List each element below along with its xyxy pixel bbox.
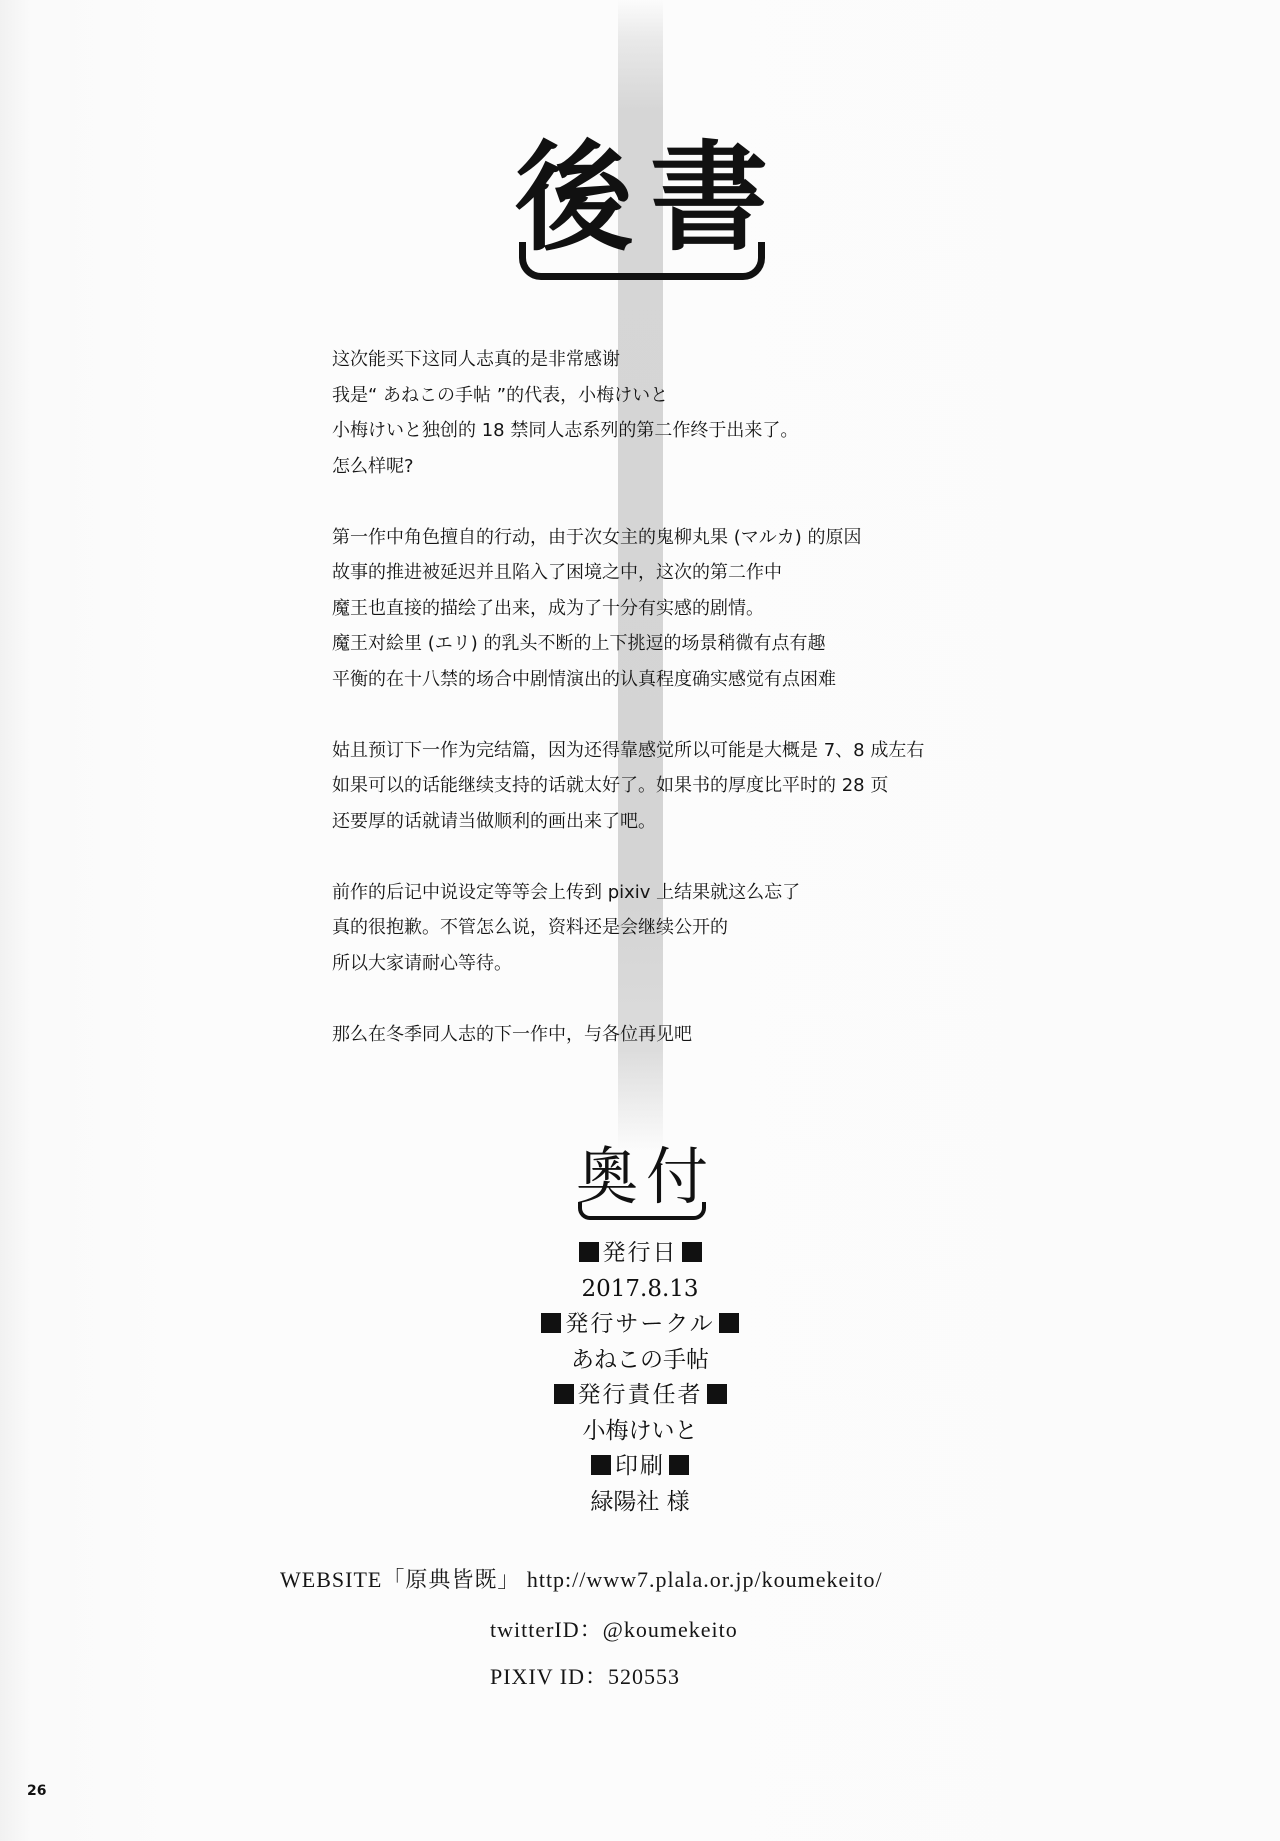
black-square-icon [719, 1313, 739, 1333]
black-square-icon [669, 1455, 689, 1475]
text-line: 小梅けいと独创的 18 禁同人志系列的第二作终于出来了。 [332, 413, 1052, 449]
seal-base-frame [578, 1202, 706, 1220]
black-square-icon [707, 1384, 727, 1404]
seal-base-frame [519, 242, 765, 280]
afterword-body: 这次能买下这同人志真的是非常感谢 我是“ あねこの手帖 ”的代表，小梅けいと 小… [332, 342, 1052, 1088]
colophon-heading-publisher: 発行責任者 [440, 1378, 840, 1414]
website-url[interactable]: http://www7.plala.or.jp/koumekeito/ [527, 1567, 883, 1592]
page-number: 26 [27, 1783, 46, 1799]
paragraph-3: 姑且预订下一作为完结篇，因为还得靠感觉所以可能是大概是 7、8 成左右 如果可以… [332, 733, 1052, 840]
text-line: 所以大家请耐心等待。 [332, 946, 1052, 982]
black-square-icon [541, 1313, 561, 1333]
text-line: 真的很抱歉。不管怎么说，资料还是会继续公开的 [332, 910, 1052, 946]
text-line: 这次能买下这同人志真的是非常感谢 [332, 342, 1052, 378]
paragraph-5: 那么在冬季同人志的下一作中，与各位再见吧 [332, 1017, 1052, 1053]
colophon-heading-circle: 発行サークル [440, 1307, 840, 1343]
text-line: 还要厚的话就请当做顺利的画出来了吧。 [332, 804, 1052, 840]
pixiv-id: PIXIV ID：520553 [490, 1660, 680, 1691]
colophon-heading-publish-date: 発行日 [440, 1236, 840, 1272]
publisher-value: 小梅けいと [440, 1414, 840, 1450]
text-line: 我是“ あねこの手帖 ”的代表，小梅けいと [332, 378, 1052, 414]
website-label: WEBSITE「原典皆既」 [280, 1567, 520, 1592]
text-line: 姑且预订下一作为完结篇，因为还得靠感觉所以可能是大概是 7、8 成左右 [332, 733, 1052, 769]
colophon-details: 発行日 2017.8.13 発行サークル あねこの手帖 発行責任者 小梅けいと … [440, 1236, 840, 1520]
printer-value: 緑陽社 様 [440, 1485, 840, 1521]
text-line: 如果可以的话能继续支持的话就太好了。如果书的厚度比平时的 28 页 [332, 768, 1052, 804]
document-page: 後 書 这次能买下这同人志真的是非常感谢 我是“ あねこの手帖 ”的代表，小梅け… [0, 0, 1280, 1841]
black-square-icon [554, 1384, 574, 1404]
black-square-icon [579, 1242, 599, 1262]
colophon-heading-printer: 印刷 [440, 1449, 840, 1485]
text-line: 怎么样呢? [332, 449, 1052, 485]
paragraph-1: 这次能买下这同人志真的是非常感谢 我是“ あねこの手帖 ”的代表，小梅けいと 小… [332, 342, 1052, 484]
heading-label: 発行責任者 [578, 1382, 703, 1408]
black-square-icon [591, 1455, 611, 1475]
black-square-icon [682, 1242, 702, 1262]
circle-value: あねこの手帖 [440, 1343, 840, 1379]
publish-date-value: 2017.8.13 [440, 1272, 840, 1308]
heading-label: 発行日 [603, 1240, 678, 1266]
heading-label: 発行サークル [565, 1311, 714, 1337]
text-line: 魔王也直接的描绘了出来，成为了十分有实感的剧情。 [332, 591, 1052, 627]
text-line: 那么在冬季同人志的下一作中，与各位再见吧 [332, 1017, 1052, 1053]
website-line: WEBSITE「原典皆既」 http://www7.plala.or.jp/ko… [280, 1563, 883, 1594]
heading-label: 印刷 [615, 1453, 665, 1479]
colophon-seal: 奧 付 [576, 1140, 706, 1220]
text-line: 魔王对絵里 (エリ) 的乳头不断的上下挑逗的场景稍微有点有趣 [332, 626, 1052, 662]
text-line: 第一作中角色擅自的行动，由于次女主的鬼柳丸果 (マルカ) 的原因 [332, 520, 1052, 556]
twitter-id: twitterID：@koumekeito [490, 1613, 738, 1644]
page-title-seal: 後 書 [515, 128, 765, 280]
paragraph-2: 第一作中角色擅自的行动，由于次女主的鬼柳丸果 (マルカ) 的原因 故事的推进被延… [332, 520, 1052, 698]
paragraph-4: 前作的后记中说设定等等会上传到 pixiv 上结果就这么忘了 真的很抱歉。不管怎… [332, 875, 1052, 982]
text-line: 故事的推进被延迟并且陷入了困境之中，这次的第二作中 [332, 555, 1052, 591]
text-line: 前作的后记中说设定等等会上传到 pixiv 上结果就这么忘了 [332, 875, 1052, 911]
text-line: 平衡的在十八禁的场合中剧情演出的认真程度确实感觉有点困难 [332, 662, 1052, 698]
